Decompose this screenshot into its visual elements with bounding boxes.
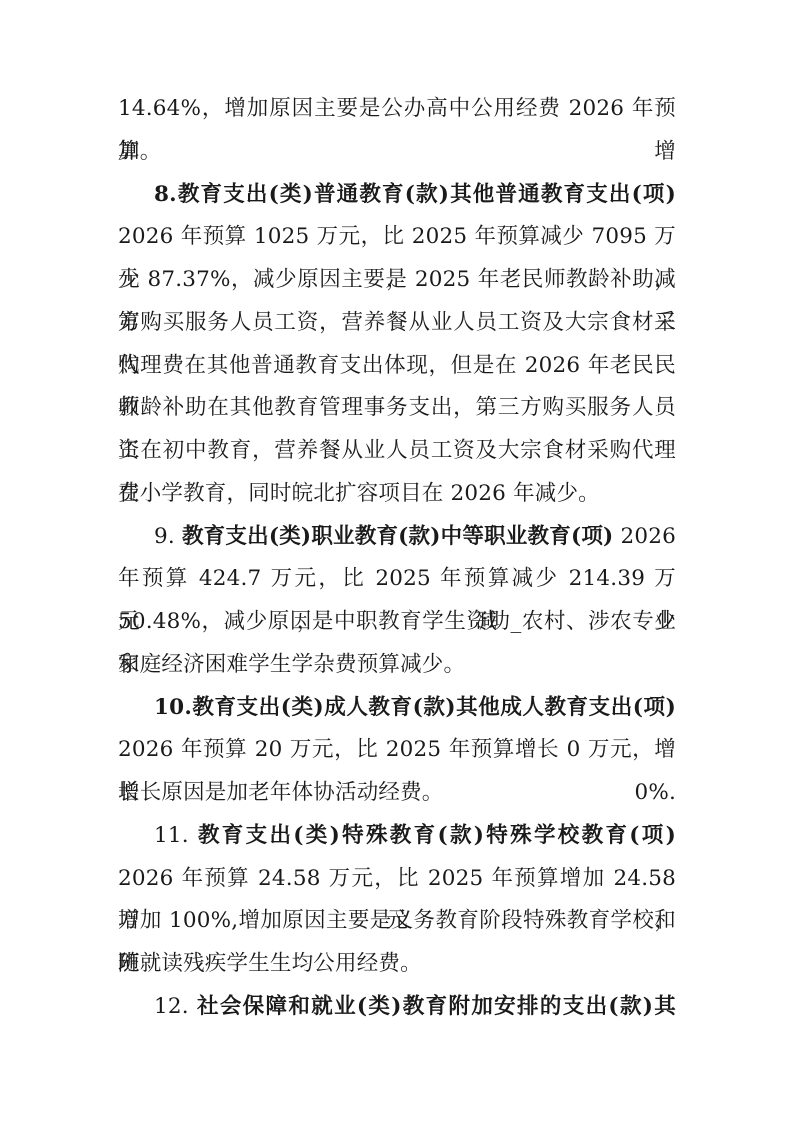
text-line: 少 87.37%，减少原因主要是 2025 年老民师教龄补助，第三	[118, 259, 676, 302]
text-line: 方购买服务人员工资，营养餐从业人员工资及大宗食材采购	[118, 302, 676, 345]
document-body: 14.64%，增加原因主要是公办高中公用经费 2026 年预算增加。8.教育支出…	[118, 88, 676, 1029]
heading-text: 教育支出(类)职业教育(款)中等职业教育(项)	[182, 524, 613, 549]
text-line: 10.教育支出(类)成人教育(款)其他成人教育支出(项)	[118, 687, 676, 730]
text-line: 班就读残疾学生生均公用经费。	[118, 943, 676, 986]
text-line: 2026 年预算 20 万元，比 2025 年预算增长 0 万元，增长 0%.	[118, 729, 676, 772]
text-line: 教龄补助在其他教育管理事务支出，第三方购买服务人员工	[118, 387, 676, 430]
body-text: 9.	[154, 524, 182, 549]
para-12: 12. 社会保障和就业(类)教育附加安排的支出(款)其	[118, 986, 676, 1029]
para-10: 10.教育支出(类)成人教育(款)其他成人教育支出(项)2026 年预算 20 …	[118, 687, 676, 815]
text-line: 增加 100%,增加原因主要是义务教育阶段特殊教育学校和随	[118, 900, 676, 943]
body-text: 加。	[118, 139, 161, 164]
text-line: 11. 教育支出(类)特殊教育(款)特殊学校教育(项)	[118, 815, 676, 858]
para-7-continuation: 14.64%，增加原因主要是公办高中公用经费 2026 年预算增加。	[118, 88, 676, 174]
heading-text: 教育支出(类)特殊教育(款)特殊学校教育(项)	[198, 823, 676, 848]
text-line: 资在初中教育，营养餐从业人员工资及大宗食材采购代理费	[118, 430, 676, 473]
text-line: 2026 年预算 24.58 万元，比 2025 年预算增加 24.58 万元，	[118, 858, 676, 901]
body-text: 在小学教育，同时皖北扩容项目在 2026 年减少。	[118, 481, 600, 506]
body-text: 2026	[613, 524, 676, 549]
text-line: 9. 教育支出(类)职业教育(款)中等职业教育(项) 2026	[118, 516, 676, 559]
text-line: 代理费在其他普通教育支出体现，但是在 2026 年老民民师	[118, 345, 676, 388]
document-page: 14.64%，增加原因主要是公办高中公用经费 2026 年预算增加。8.教育支出…	[0, 0, 793, 1122]
body-text: 12.	[154, 994, 197, 1019]
para-8: 8.教育支出(类)普通教育(款)其他普通教育支出(项)2026 年预算 1025…	[118, 174, 676, 516]
text-line: 在小学教育，同时皖北扩容项目在 2026 年减少。	[118, 473, 676, 516]
text-line: 50.48%，减少原因是中职教育学生资助_农村、涉农专业和	[118, 601, 676, 644]
text-line: 年预算 424.7 万元，比 2025 年预算减少 214.39 万元，减少	[118, 558, 676, 601]
body-text: 11.	[154, 823, 198, 848]
body-text: 家庭经济困难学生学杂费预算减少。	[118, 652, 465, 677]
heading-text: 8.教育支出(类)普通教育(款)其他普通教育支出(项)	[154, 182, 676, 207]
text-line: 12. 社会保障和就业(类)教育附加安排的支出(款)其	[118, 986, 676, 1029]
text-line: 14.64%，增加原因主要是公办高中公用经费 2026 年预算增	[118, 88, 676, 131]
heading-text: 10.教育支出(类)成人教育(款)其他成人教育支出(项)	[154, 695, 676, 720]
para-9: 9. 教育支出(类)职业教育(款)中等职业教育(项) 2026年预算 424.7…	[118, 516, 676, 687]
text-line: 2026 年预算 1025 万元，比 2025 年预算减少 7095 万元，减	[118, 216, 676, 259]
text-line: 家庭经济困难学生学杂费预算减少。	[118, 644, 676, 687]
para-11: 11. 教育支出(类)特殊教育(款)特殊学校教育(项)2026 年预算 24.5…	[118, 815, 676, 986]
body-text: 增长原因是加老年体协活动经费。	[118, 780, 444, 805]
body-text: 班就读残疾学生生均公用经费。	[118, 951, 422, 976]
heading-text: 社会保障和就业(类)教育附加安排的支出(款)其	[197, 994, 676, 1019]
text-line: 8.教育支出(类)普通教育(款)其他普通教育支出(项)	[118, 174, 676, 217]
body-text: 14.64%，增加原因主要是公办高中公用经费 2026 年预算增	[118, 96, 676, 164]
